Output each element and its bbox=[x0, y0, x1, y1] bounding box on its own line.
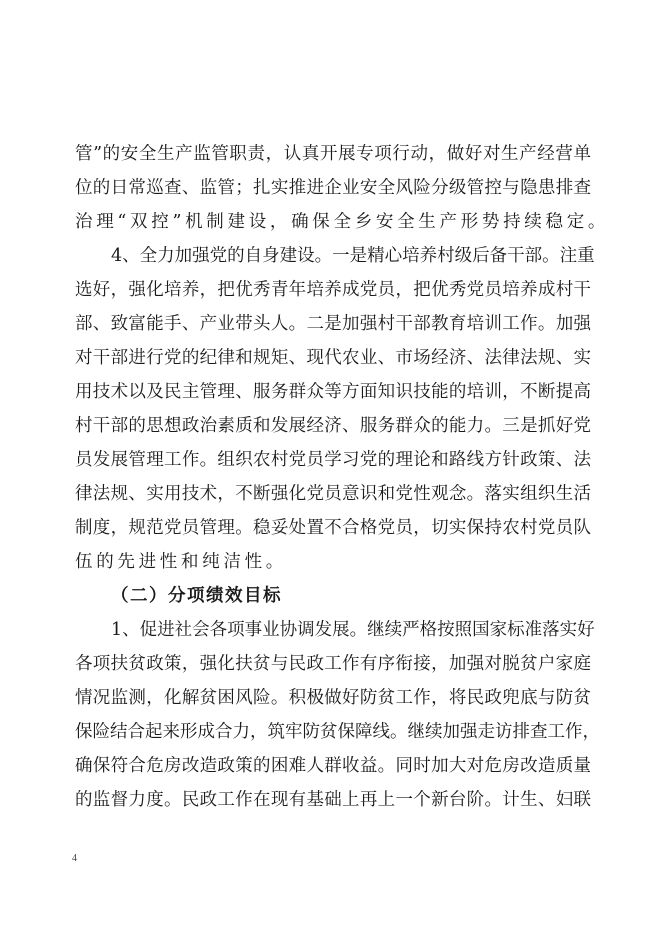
text-line: 村干部的思想政治素质和发展经济、服务群众的能力。三是抓好党 bbox=[75, 409, 591, 443]
text-line: 用技术以及民主管理、服务群众等方面知识技能的培训，不断提高 bbox=[75, 375, 591, 409]
text-line: 对干部进行党的纪律和规矩、现代农业、市场经济、法律法规、实 bbox=[75, 341, 591, 375]
text-line: 律法规、实用技术，不断强化党员意识和党性观念。落实组织生活 bbox=[75, 477, 591, 511]
paragraph-social-development: 1、促进社会各项事业协调发展。继续严格按照国家标准落实好 各项扶贫政策，强化扶贫… bbox=[75, 613, 591, 817]
text-line: 的监督力度。民政工作在现有基础上再上一个新台阶。计生、妇联 bbox=[75, 783, 591, 817]
page-number: 4 bbox=[72, 853, 77, 864]
text-line: 情况监测，化解贫困风险。积极做好防贫工作，将民政兜底与防贫 bbox=[75, 681, 591, 715]
text-line: 治理“双控”机制建设，确保全乡安全生产形势持续稳定。 bbox=[75, 205, 591, 239]
section-heading-text: （二）分项绩效目标 bbox=[75, 579, 591, 613]
document-page: 管”的安全生产监管职责，认真开展专项行动，做好对生产经营单 位的日常巡查、监管；… bbox=[0, 0, 662, 936]
text-line: 选好，强化培养，把优秀青年培养成党员，把优秀党员培养成村干 bbox=[75, 273, 591, 307]
text-line: 保险结合起来形成合力，筑牢防贫保障线。继续加强走访排查工作， bbox=[75, 715, 591, 749]
text-line: 位的日常巡查、监管；扎实推进企业安全风险分级管控与隐患排查 bbox=[75, 171, 591, 205]
paragraph-safety-supervision: 管”的安全生产监管职责，认真开展专项行动，做好对生产经营单 位的日常巡查、监管；… bbox=[75, 137, 591, 239]
text-line: 部、致富能手、产业带头人。二是加强村干部教育培训工作。加强 bbox=[75, 307, 591, 341]
text-line: 员发展管理工作。组织农村党员学习党的理论和路线方针政策、法 bbox=[75, 443, 591, 477]
document-body: 管”的安全生产监管职责，认真开展专项行动，做好对生产经营单 位的日常巡查、监管；… bbox=[75, 137, 591, 817]
text-line: 各项扶贫政策，强化扶贫与民政工作有序衔接，加强对脱贫户家庭 bbox=[75, 647, 591, 681]
text-line: 1、促进社会各项事业协调发展。继续严格按照国家标准落实好 bbox=[75, 613, 591, 647]
text-line: 4、全力加强党的自身建设。一是精心培养村级后备干部。注重 bbox=[75, 239, 591, 273]
text-line: 伍的先进性和纯洁性。 bbox=[75, 545, 591, 579]
section-heading: （二）分项绩效目标 bbox=[75, 579, 591, 613]
paragraph-party-building: 4、全力加强党的自身建设。一是精心培养村级后备干部。注重 选好，强化培养，把优秀… bbox=[75, 239, 591, 579]
text-line: 管”的安全生产监管职责，认真开展专项行动，做好对生产经营单 bbox=[75, 137, 591, 171]
text-line: 制度，规范党员管理。稳妥处置不合格党员，切实保持农村党员队 bbox=[75, 511, 591, 545]
text-line: 确保符合危房改造政策的困难人群收益。同时加大对危房改造质量 bbox=[75, 749, 591, 783]
